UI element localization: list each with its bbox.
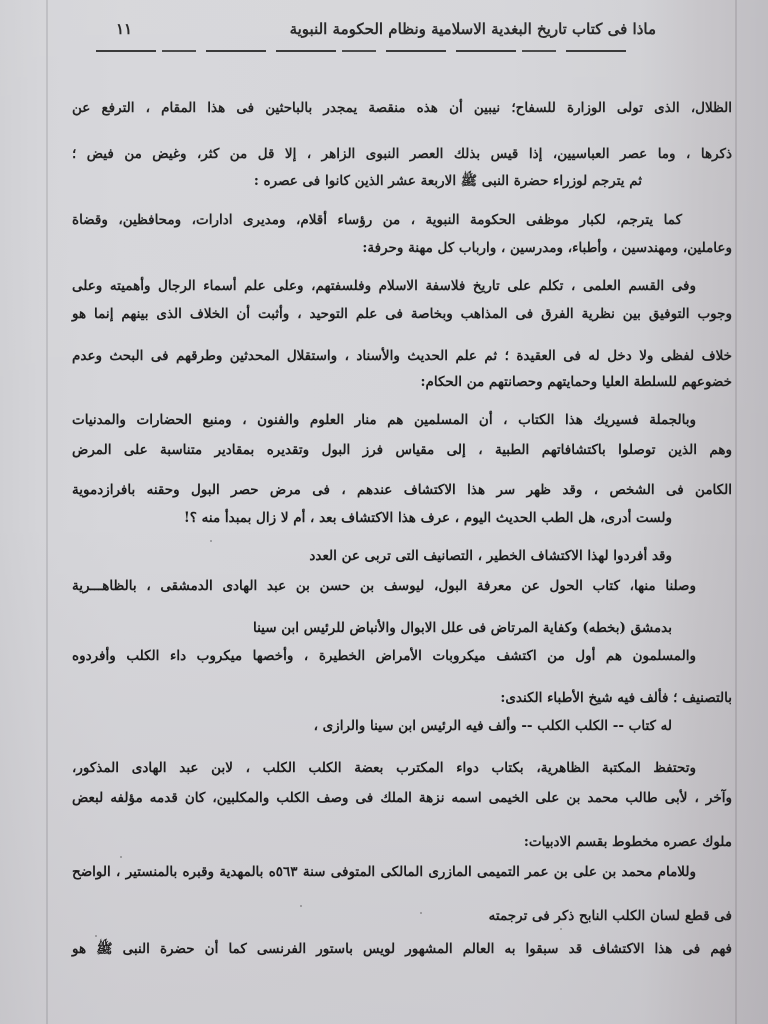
header-rule	[96, 50, 626, 52]
text-line: ولست أدرى، هل الطب الحديث اليوم ، عرف هذ…	[184, 510, 672, 526]
text-line: وتحتفظ المكتبة الظاهرية، بكتاب دواء المك…	[72, 760, 696, 776]
text-line: الكامن فى الشخص ، وقد ظهر سر هذا الاكتشا…	[72, 482, 732, 498]
running-header: ماذا فى كتاب تاريخ البغدية الاسلامية ونظ…	[96, 18, 696, 50]
paper-speck	[420, 912, 422, 914]
paper-speck	[210, 540, 212, 542]
text-line: له كتاب -- الكلب الكلب -- وألف فيه الرئي…	[314, 718, 672, 734]
text-line: وللامام محمد بن على بن عمر التميمى الماز…	[72, 864, 696, 880]
page-number: ١١	[116, 20, 132, 38]
text-line: خلاف لفظى ولا دخل له فى العقيدة ؛ ثم علم…	[72, 348, 732, 364]
text-line: بالتصنيف ؛ فألف فيه شيخ الأطباء الكندى:	[500, 690, 732, 706]
paper-speck	[300, 905, 302, 907]
text-line: خضوعهم للسلطة العليا وحمايتهم وحصانتهم م…	[421, 374, 732, 390]
text-line: كما يترجم، لكبار موظفى الحكومة النبوية ،…	[72, 212, 682, 228]
text-line: ملوك عصره مخطوط بقسم الادبيات:	[524, 834, 732, 850]
text-line: الظلال، الذى تولى الوزارة للسفاح؛ نيبين …	[72, 100, 732, 116]
text-line: وقد أفردوا لهذا الاكتشاف الخطير ، التصان…	[309, 548, 672, 564]
document-page: ماذا فى كتاب تاريخ البغدية الاسلامية ونظ…	[0, 0, 768, 1024]
text-line: والمسلمون هم أول من اكتشف ميكروبات الأمر…	[72, 648, 696, 664]
text-line: فهم فى هذا الاكتشاف قد سبقوا به العالم ا…	[72, 940, 732, 960]
text-line: ثم يترجم لوزراء حضرة النبى ﷺ الاربعة عشر…	[254, 172, 642, 192]
page-left-edge	[46, 0, 48, 1024]
paper-speck	[120, 856, 122, 858]
paper-speck	[560, 928, 562, 930]
paper-speck	[95, 935, 97, 937]
text-line: وبالجملة فسيريك هذا الكتاب ، أن المسلمين…	[72, 412, 696, 428]
text-line: ذكرها ، وما عصر العباسيين، إذا قيس بذلك …	[72, 146, 732, 162]
text-line: فى قطع لسان الكلب النابح ذكر فى ترجمته	[489, 908, 732, 924]
text-line: وهم الذين توصلوا باكتشافاتهم الطبية ، إل…	[72, 442, 732, 458]
header-title: ماذا فى كتاب تاريخ البغدية الاسلامية ونظ…	[290, 20, 656, 38]
text-line: وعاملين، ومهندسين ، وأطباء، ومدرسين ، وا…	[362, 240, 732, 256]
text-line: وجوب التوفيق بين نظرية الفرق فى المذاهب …	[72, 306, 732, 322]
text-line: وآخر ، لأبى طالب محمد بن على الخيمى اسمه…	[72, 790, 732, 806]
page-right-edge	[735, 0, 737, 1024]
text-line: بدمشق (بخطه) وكفاية المرتاض فى علل الابو…	[253, 620, 672, 636]
text-line: وفى القسم العلمى ، تكلم على تاريخ فلاسفة…	[72, 278, 696, 294]
text-line: وصلنا منها، كتاب الحول عن معرفة البول، ل…	[72, 578, 696, 594]
